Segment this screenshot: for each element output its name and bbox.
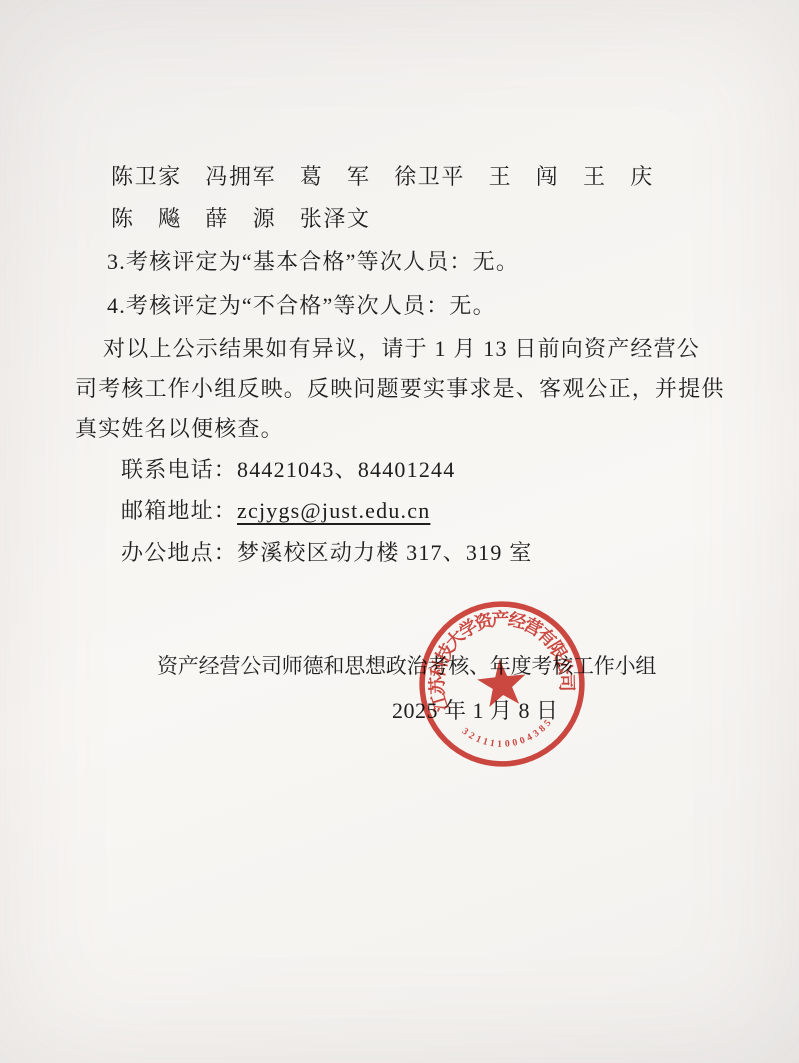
document-page: 陈卫家 冯拥军 葛 军 徐卫平 王 闯 王 庆 陈 飚 薛 源 张泽文 3.考核… [0, 0, 799, 1063]
contact-office-line: 办公地点：梦溪校区动力楼 317、319 室 [75, 532, 735, 574]
appeal-paragraph-line-1: 对以上公示结果如有异议，请于 1 月 13 日前向资产经营公 [75, 328, 735, 369]
email-value: zcjygs@just.edu.cn [237, 498, 430, 523]
document-body: 陈卫家 冯拥军 葛 军 徐卫平 王 闯 王 庆 陈 飚 薛 源 张泽文 3.考核… [75, 156, 735, 574]
list-item-4: 4.考核评定为“不合格”等次人员：无。 [75, 284, 735, 328]
names-line-2: 陈 飚 薛 源 张泽文 [75, 198, 735, 240]
svg-text:3211110004385: 3211110004385 [459, 717, 556, 755]
appeal-paragraph-line-2: 司考核工作小组反映。反映问题要实事求是、客观公正，并提供 [75, 369, 735, 409]
official-seal: 江苏科技大学资产经营有限公司 3211110004385 [409, 591, 596, 778]
phone-value: 84421043、84401244 [237, 457, 455, 482]
email-label: 邮箱地址： [121, 498, 237, 523]
office-value: 梦溪校区动力楼 317、319 室 [237, 540, 532, 565]
list-item-3: 3.考核评定为“基本合格”等次人员：无。 [75, 240, 735, 284]
phone-label: 联系电话： [121, 457, 237, 482]
seal-serial-number: 3211110004385 [459, 717, 556, 755]
names-line-1: 陈卫家 冯拥军 葛 军 徐卫平 王 闯 王 庆 [75, 156, 735, 198]
star-icon [475, 657, 528, 708]
appeal-paragraph-line-3: 真实姓名以便核查。 [75, 409, 735, 449]
contact-email-line: 邮箱地址：zcjygs@just.edu.cn [75, 490, 735, 532]
office-label: 办公地点： [121, 540, 237, 565]
contact-phone-line: 联系电话：84421043、84401244 [75, 449, 735, 490]
